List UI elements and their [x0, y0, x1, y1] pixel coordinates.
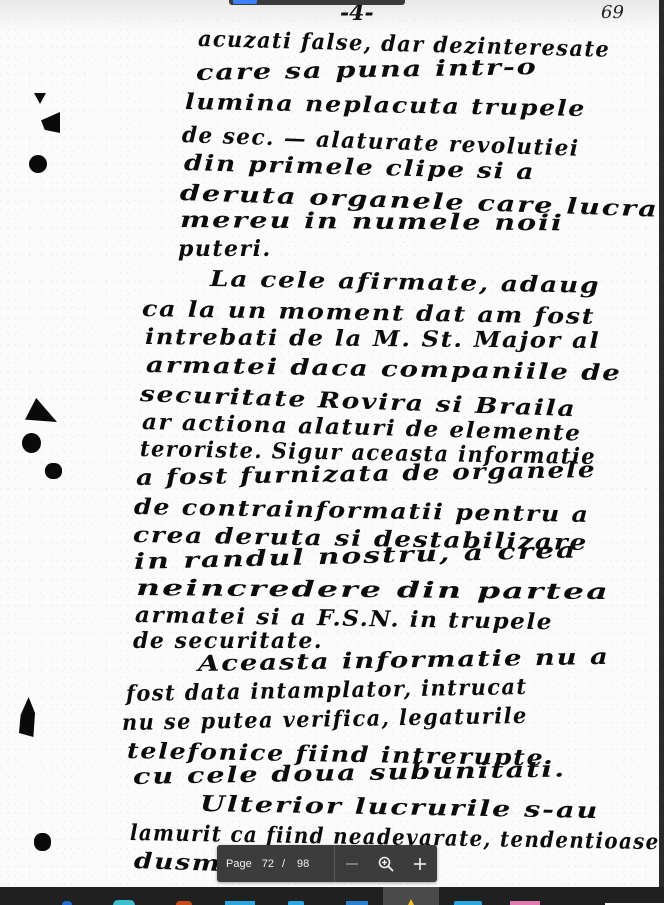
handwritten-text: acuzati false, dar dezinteresate care sa… [0, 0, 659, 887]
text-line: nu se putea verifica, legaturile [122, 703, 528, 736]
current-page-input[interactable]: 72 [262, 858, 274, 870]
text-line: neincredere din partea [136, 575, 610, 605]
mail-icon[interactable] [288, 901, 304, 905]
window-icon[interactable] [346, 901, 368, 905]
page-indicator: Page 72 / 98 [217, 845, 335, 882]
firefox-icon[interactable] [176, 901, 192, 905]
page-separator: / [282, 858, 285, 870]
magnifier-plus-icon [378, 856, 394, 872]
explorer-icon[interactable] [454, 901, 482, 905]
text-line: care sa puna intr-o [196, 54, 538, 86]
zoom-controls [335, 845, 437, 882]
text-line: mereu in numele noii [180, 207, 564, 236]
text-line: Ulterior lucrurile s-au [200, 791, 600, 824]
windows-taskbar [0, 887, 664, 905]
text-line: intrebati de la M. St. Major al [145, 324, 600, 354]
text-line: lumina neplacuta trupele [185, 89, 587, 122]
text-line: puteri. [178, 236, 272, 262]
total-pages: 98 [297, 858, 309, 870]
viewer-scrollbar[interactable] [659, 0, 664, 887]
active-tab-indicator [233, 0, 257, 4]
pdf-viewer: -4- 69 acuzati false, dar dezinteresate … [0, 0, 664, 887]
minus-icon [345, 857, 359, 871]
page-controls-toolbar: Page 72 / 98 [217, 845, 437, 882]
edge-icon[interactable] [62, 901, 72, 905]
browser-icon[interactable] [113, 900, 135, 905]
zoom-out-button[interactable] [338, 850, 366, 878]
scanned-document-page: -4- 69 acuzati false, dar dezinteresate … [0, 0, 659, 887]
zoom-in-button[interactable] [406, 850, 434, 878]
top-toolbar-edge [229, 0, 405, 5]
page-label: Page [226, 858, 252, 870]
plus-icon [413, 857, 427, 871]
store-icon[interactable] [225, 901, 255, 905]
text-line: fost data intamplator, intrucat [126, 674, 528, 707]
photos-icon[interactable] [510, 901, 540, 905]
zoom-fit-button[interactable] [372, 850, 400, 878]
text-line: armatei daca companiile de [146, 352, 622, 386]
text-line: La cele afirmate, adaug [210, 266, 601, 299]
